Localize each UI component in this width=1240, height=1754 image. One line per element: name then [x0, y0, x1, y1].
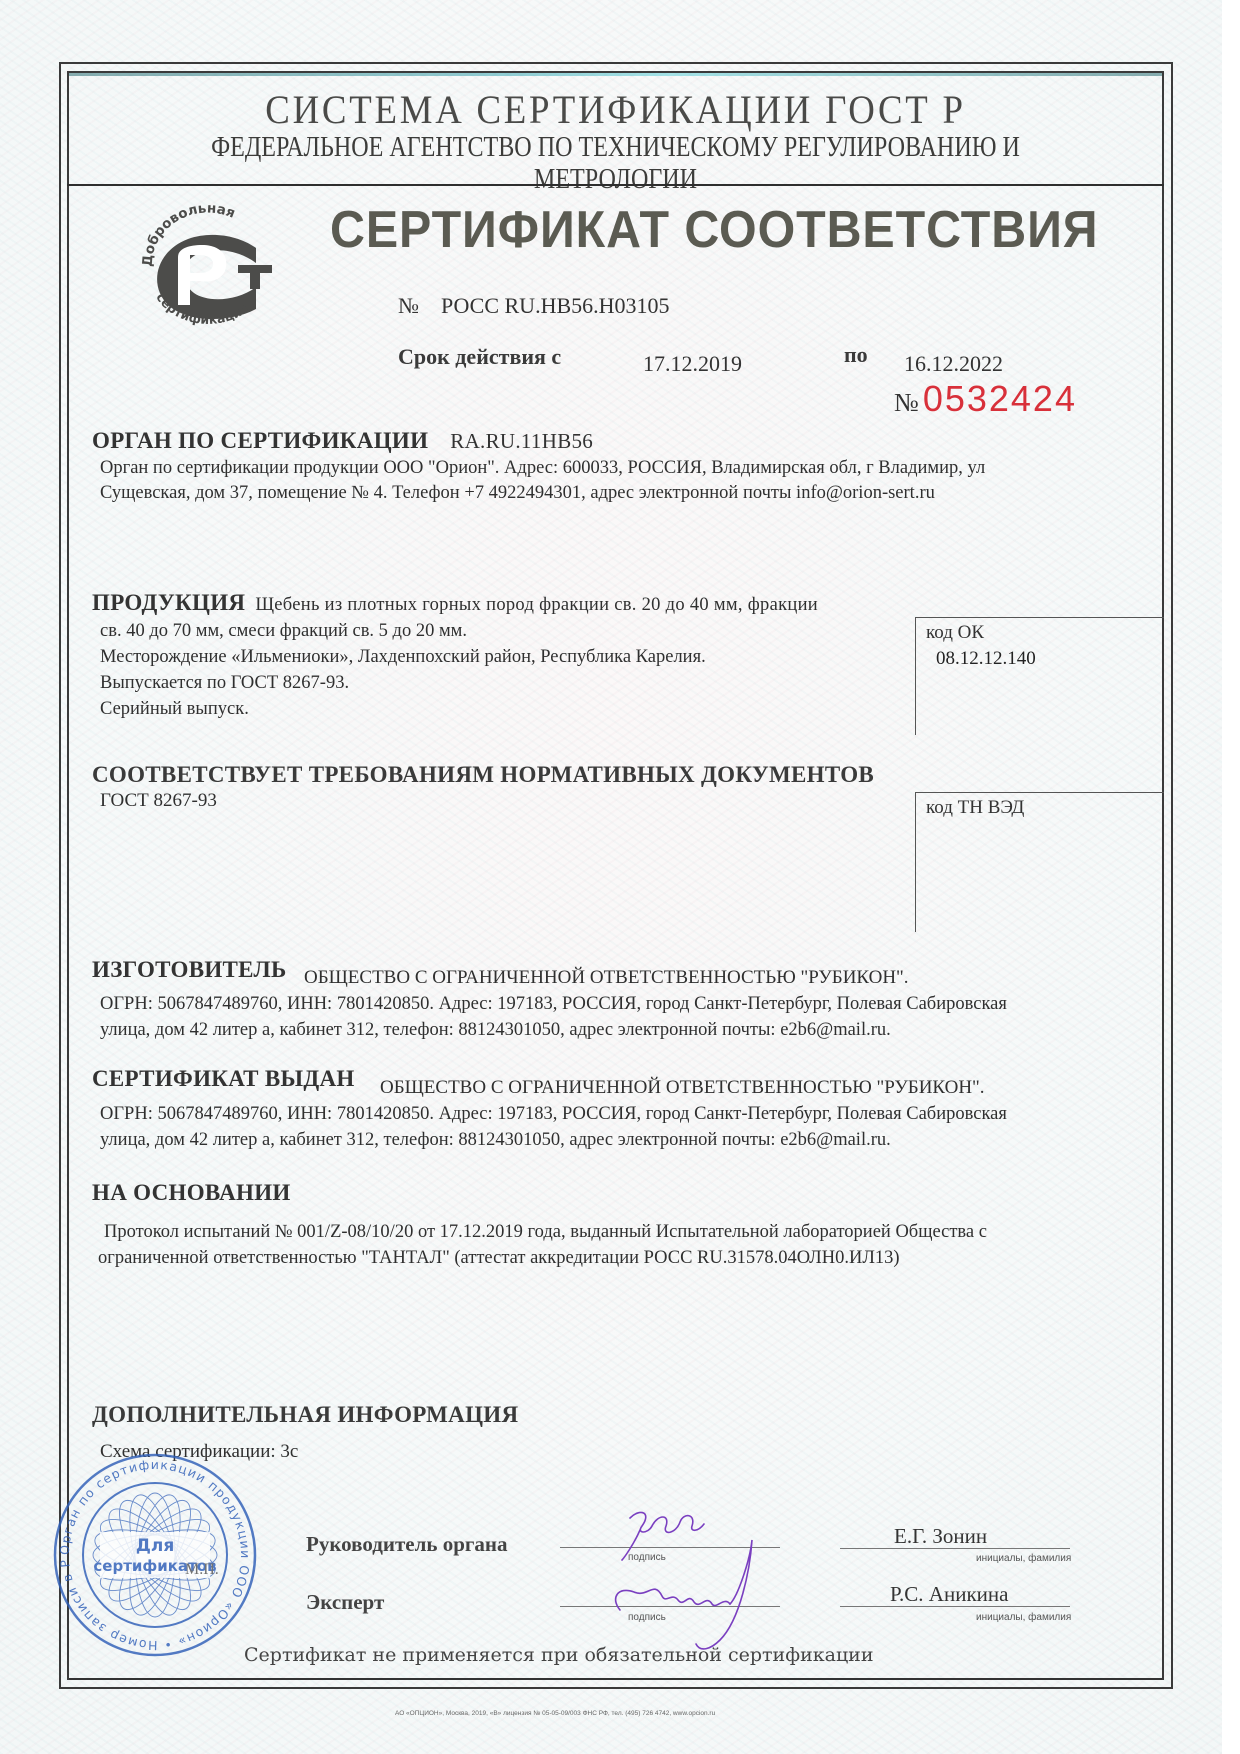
- certification-body-line-2: Сущевская, дом 37, помещение № 4. Телефо…: [100, 481, 935, 505]
- number-sign: №: [398, 293, 419, 318]
- system-heading: СИСТЕМА СЕРТИФИКАЦИИ ГОСТ Р: [111, 86, 1120, 133]
- product-line-4: Выпускается по ГОСТ 8267-93.: [100, 671, 349, 695]
- certification-body-line-1: Орган по сертификации продукции ООО "Ори…: [100, 456, 985, 480]
- head-of-body-label: Руководитель органа: [306, 1532, 508, 1557]
- product-section: ПРОДУКЦИЯЩебень из плотных горных пород …: [92, 590, 818, 616]
- expert-name: Р.С. Аникина: [890, 1582, 1008, 1607]
- issued-to-line-2: улица, дом 42 литер а, кабинет 312, теле…: [100, 1128, 891, 1152]
- code-ok-value: 08.12.12.140: [936, 648, 1036, 670]
- code-tnved-box: код ТН ВЭД: [915, 792, 1164, 932]
- expert-name-caption: инициалы, фамилия: [976, 1612, 1071, 1623]
- manufacturer-name: ОБЩЕСТВО С ОГРАНИЧЕННОЙ ОТВЕТСТВЕННОСТЬЮ…: [304, 966, 909, 990]
- top-accent-line: [69, 73, 1162, 76]
- conformity-heading: СООТВЕТСТВУЕТ ТРЕБОВАНИЯМ НОРМАТИВНЫХ ДО…: [92, 762, 874, 788]
- footer-note: Сертификат не применяется при обязательн…: [244, 1644, 874, 1666]
- blank-number-sign: №: [894, 388, 919, 417]
- manufacturer-heading: ИЗГОТОВИТЕЛЬ: [92, 957, 286, 983]
- additional-info-heading: ДОПОЛНИТЕЛЬНАЯ ИНФОРМАЦИЯ: [92, 1402, 518, 1428]
- issued-to-name: ОБЩЕСТВО С ОГРАНИЧЕННОЙ ОТВЕТСТВЕННОСТЬЮ…: [380, 1076, 985, 1100]
- code-tnved-label: код ТН ВЭД: [926, 797, 1024, 819]
- rst-logo-icon: Добровольная сертификация: [138, 205, 276, 335]
- blank-number: №0532424: [894, 378, 1077, 420]
- certificate-number-value: РОСС RU.НВ56.Н03105: [441, 293, 670, 318]
- certification-body-code: RA.RU.11НВ56: [450, 429, 593, 453]
- valid-from-date: 17.12.2019: [643, 351, 742, 377]
- valid-to-label: по: [844, 342, 868, 368]
- product-heading: ПРОДУКЦИЯ: [92, 590, 245, 615]
- certification-stamp-icon: Для сертификатов М.П. Орган по сертифика…: [50, 1450, 260, 1660]
- agency-heading: ФЕДЕРАЛЬНОЕ АГЕНТСТВО ПО ТЕХНИЧЕСКОМУ РЕ…: [144, 132, 1087, 196]
- certification-body-section: ОРГАН ПО СЕРТИФИКАЦИИRA.RU.11НВ56: [92, 428, 593, 454]
- validity-label: Срок действия с: [398, 344, 561, 370]
- manufacturer-line-1: ОГРН: 5067847489760, ИНН: 7801420850. Ад…: [100, 992, 1007, 1016]
- code-ok-label: код ОК: [926, 622, 984, 644]
- handwritten-signatures-icon: [600, 1500, 790, 1660]
- issued-to-line-1: ОГРН: 5067847489760, ИНН: 7801420850. Ад…: [100, 1102, 1007, 1126]
- footer-divider: [69, 1678, 1162, 1680]
- expert-label: Эксперт: [306, 1590, 384, 1615]
- certification-body-heading: ОРГАН ПО СЕРТИФИКАЦИИ: [92, 428, 428, 453]
- certificate-number: №РОСС RU.НВ56.Н03105: [398, 293, 670, 319]
- manufacturer-line-2: улица, дом 42 литер а, кабинет 312, теле…: [100, 1018, 891, 1042]
- basis-heading: НА ОСНОВАНИИ: [92, 1180, 291, 1206]
- stamp-mp-label: М.П.: [185, 1561, 219, 1578]
- basis-line-2: ограниченной ответственностью "ТАНТАЛ" (…: [98, 1246, 900, 1270]
- product-line-2: св. 40 до 70 мм, смеси фракций св. 5 до …: [100, 619, 467, 643]
- product-line-3: Месторождение «Ильмениоки», Лахденпохски…: [100, 645, 706, 669]
- basis-line-1: Протокол испытаний № 001/Z-08/10/20 от 1…: [104, 1220, 987, 1244]
- conformity-document: ГОСТ 8267-93: [100, 789, 217, 813]
- code-ok-box: код ОК 08.12.12.140: [915, 617, 1164, 735]
- header-divider: [67, 184, 1164, 186]
- valid-to-date: 16.12.2022: [904, 351, 1003, 377]
- printer-imprint: АО «ОПЦИОН», Москва, 2019, «В» лицензия …: [395, 1710, 715, 1717]
- product-line-1: Щебень из плотных горных пород фракции с…: [255, 595, 818, 615]
- stamp-center-line-1: Для: [136, 1536, 175, 1556]
- head-name: Е.Г. Зонин: [894, 1524, 987, 1549]
- issued-to-heading: СЕРТИФИКАТ ВЫДАН: [92, 1066, 355, 1092]
- certificate-title: СЕРТИФИКАТ СООТВЕТСТВИЯ: [330, 200, 1098, 260]
- product-line-5: Серийный выпуск.: [100, 697, 249, 721]
- head-name-caption: инициалы, фамилия: [976, 1553, 1071, 1564]
- blank-number-value: 0532424: [923, 378, 1077, 419]
